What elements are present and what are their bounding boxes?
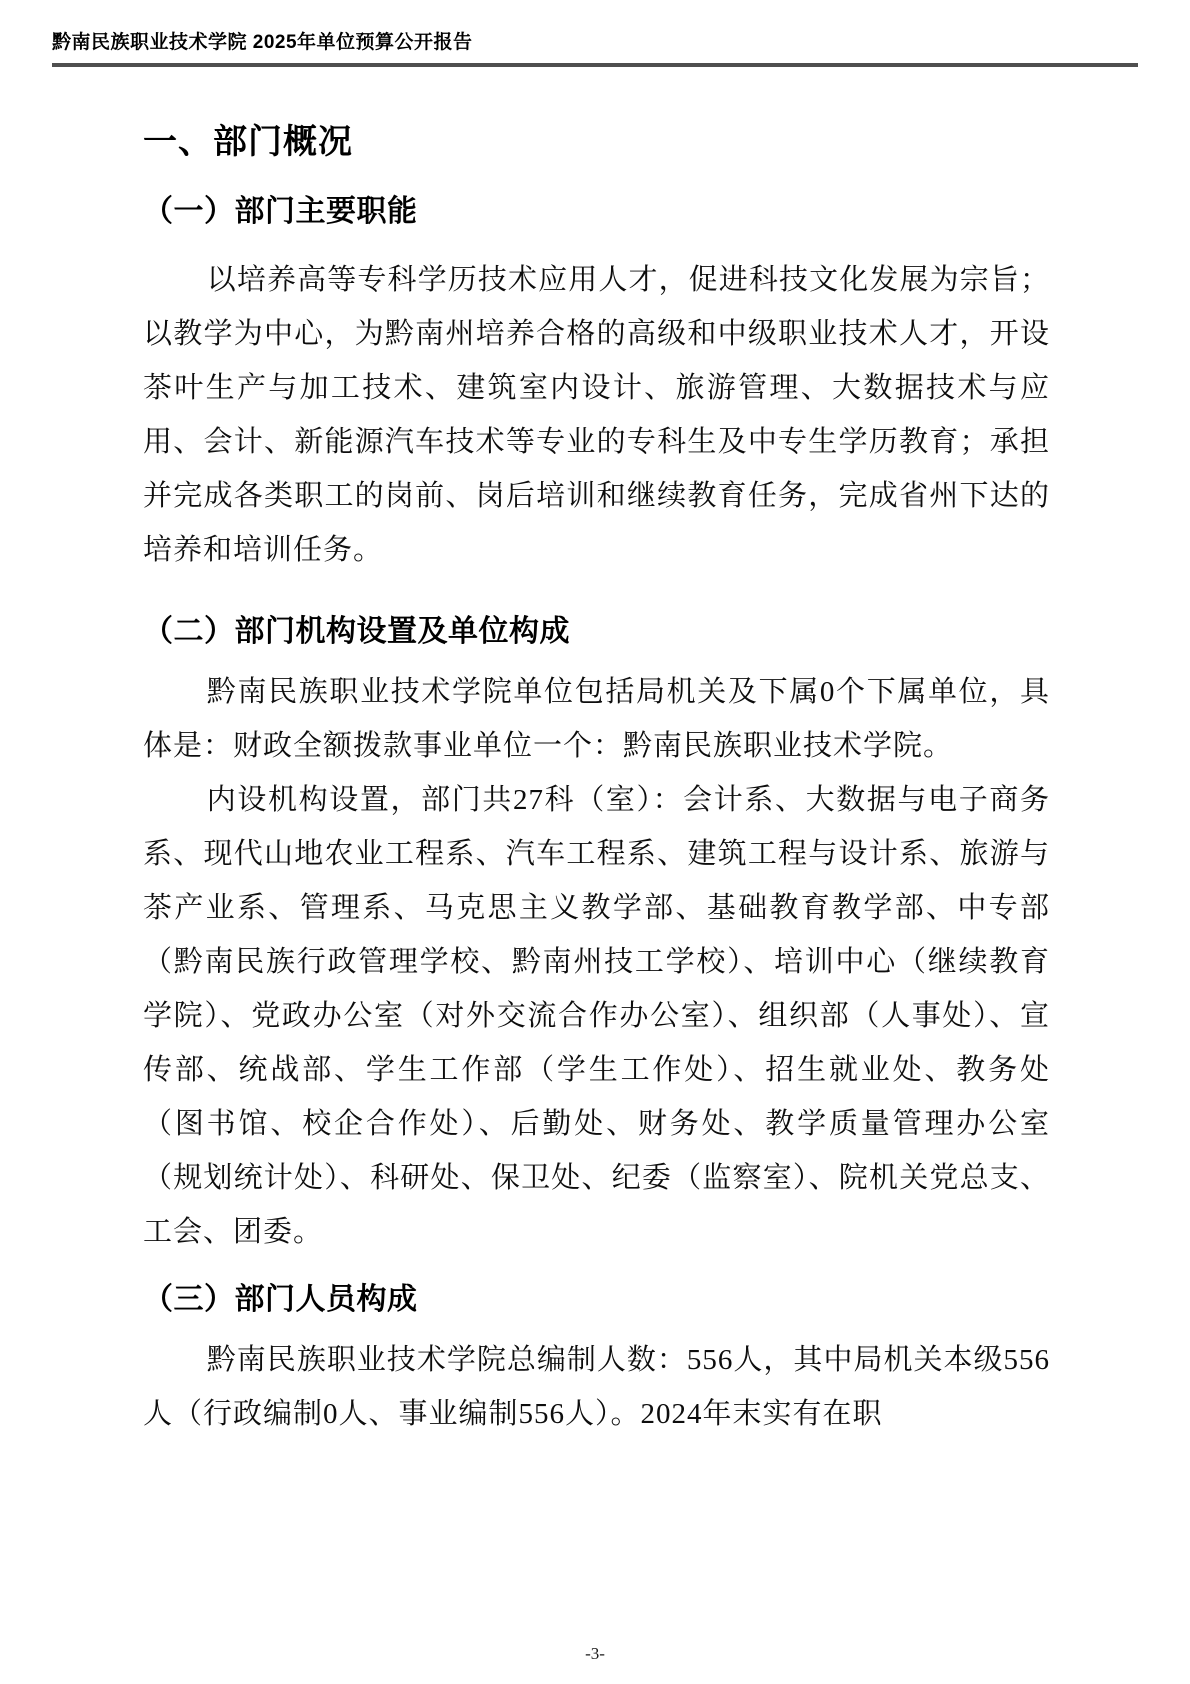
section-2-paragraph-1: 黔南民族职业技术学院单位包括局机关及下属0个下属单位，具体是：财政全额拨款事业单… (143, 665, 1050, 773)
section-1-heading: （一）部门主要职能 (143, 193, 1050, 231)
page-header-title: 黔南民族职业技术学院 2025年单位预算公开报告 (52, 27, 1138, 54)
document-page: 黔南民族职业技术学院 2025年单位预算公开报告 一、部门概况 （一）部门主要职… (0, 0, 1190, 1684)
page-footer: -3- (0, 1644, 1190, 1664)
chapter-title: 一、部门概况 (143, 122, 1050, 162)
section-3-heading: （三）部门人员构成 (143, 1281, 1050, 1319)
document-content: 一、部门概况 （一）部门主要职能 以培养高等专科学历技术应用人才，促进科技文化发… (143, 64, 1050, 1441)
section-2-paragraph-2: 内设机构设置，部门共27科（室）：会计系、大数据与电子商务系、现代山地农业工程系… (143, 773, 1050, 1259)
page-number: -3- (585, 1644, 605, 1663)
section-1-paragraph-1: 以培养高等专科学历技术应用人才，促进科技文化发展为宗旨；以教学为中心，为黔南州培… (143, 253, 1050, 577)
page-header: 黔南民族职业技术学院 2025年单位预算公开报告 (52, 27, 1138, 67)
section-2-heading: （二）部门机构设置及单位构成 (143, 613, 1050, 651)
section-3-paragraph-1: 黔南民族职业技术学院总编制人数：556人，其中局机关本级556人（行政编制0人、… (143, 1333, 1050, 1441)
